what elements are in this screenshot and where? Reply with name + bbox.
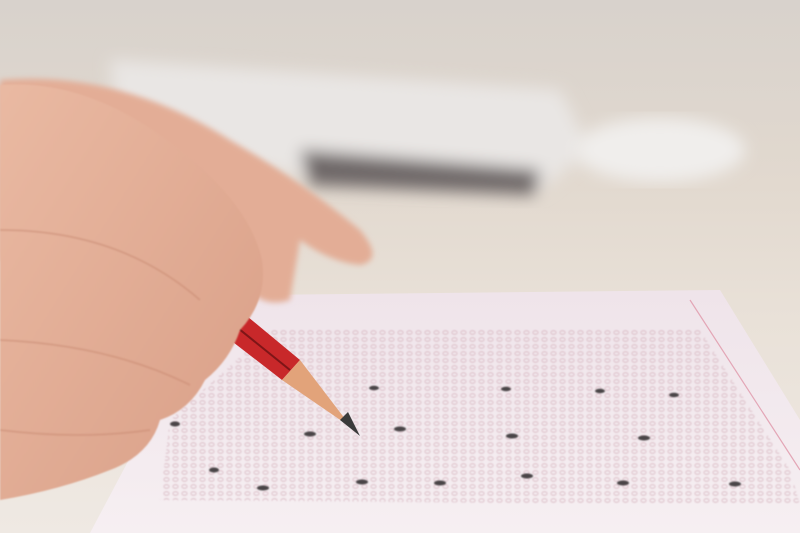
scene-illustration [0,0,800,533]
photo-scene [0,0,800,533]
blurred-mouse [575,118,745,182]
